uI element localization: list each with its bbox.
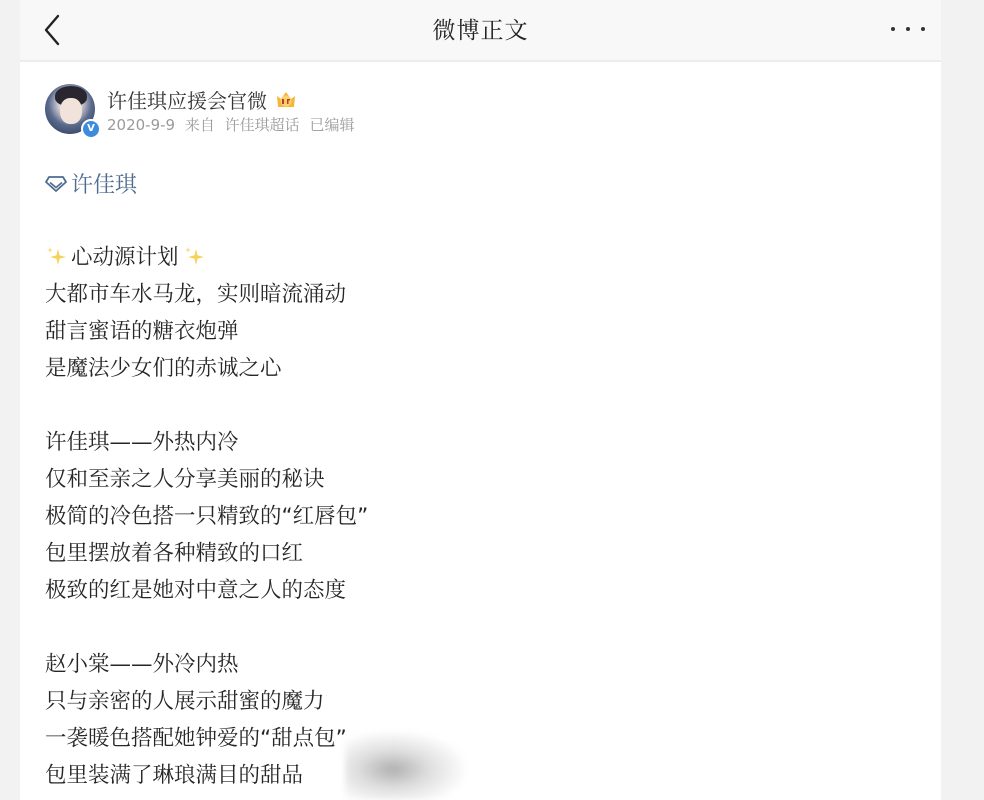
topic-link[interactable]: 许佳琪 (45, 165, 137, 202)
more-horizontal-icon (891, 27, 895, 31)
from-label: 来自 (185, 116, 215, 134)
fan-club-crown-icon[interactable] (275, 90, 297, 110)
text-line: 是魔法少女们的赤诚之心 (45, 350, 905, 387)
page-title: 微博正文 (20, 12, 941, 45)
text-line: 大都市车水马龙，实则暗流涌动 (45, 276, 905, 313)
source-link[interactable]: 许佳琪超话 (225, 116, 300, 134)
text-line: 仅和至亲之人分享美丽的秘诀 (45, 461, 905, 498)
text-line: 极致的红是她对中意之人的态度 (45, 572, 905, 609)
author-name[interactable]: 许佳琪应援会官微 (107, 85, 297, 114)
sparkles-icon (183, 245, 205, 267)
text-line: 一袭暖色搭配她钟爱的“甜点包” (45, 720, 905, 757)
author-name-text: 许佳琪应援会官微 (107, 89, 267, 113)
blank-line (45, 387, 905, 424)
weibo-detail-page: 微博正文 V 许佳琪应援会官微 (20, 0, 941, 800)
avatar-face (60, 98, 82, 124)
text-line: 许佳琪——外热内冷 (45, 424, 905, 461)
text-line: 赵小棠——外冷内热 (45, 646, 905, 683)
blank-line (45, 202, 905, 239)
sparkles-icon (45, 245, 67, 267)
post-date: 2020-9-9 (107, 116, 175, 134)
blurred-watermark (345, 732, 465, 800)
diamond-icon (45, 175, 67, 193)
post-heading: 心动源计划 (45, 239, 905, 276)
heading-text: 心动源计划 (71, 245, 179, 270)
text-line: 甜言蜜语的糖衣炮弹 (45, 313, 905, 350)
blank-line (45, 609, 905, 646)
author-header: V 许佳琪应援会官微 2020-9-9 来自 许佳琪超话 已编辑 (45, 84, 645, 136)
more-horizontal-icon (906, 27, 910, 31)
topic-label: 许佳琪 (71, 168, 137, 199)
edited-label: 已编辑 (309, 116, 354, 134)
nav-bar: 微博正文 (20, 0, 941, 62)
more-options-button[interactable] (891, 16, 925, 42)
text-line: 包里摆放着各种精致的口红 (45, 535, 905, 572)
post-meta: 2020-9-9 来自 许佳琪超话 已编辑 (107, 114, 359, 135)
post-content: 许佳琪 心动源计划 大都市车水马龙，实则暗流涌动 甜言蜜语的糖衣炮弹 是魔法少女… (45, 165, 905, 794)
verified-v-icon: V (81, 119, 101, 139)
more-horizontal-icon (921, 27, 925, 31)
text-line: 包里装满了琳琅满目的甜品 (45, 757, 905, 794)
text-line: 极简的冷色搭一只精致的“红唇包” (45, 498, 905, 535)
text-line: 只与亲密的人展示甜蜜的魔力 (45, 683, 905, 720)
